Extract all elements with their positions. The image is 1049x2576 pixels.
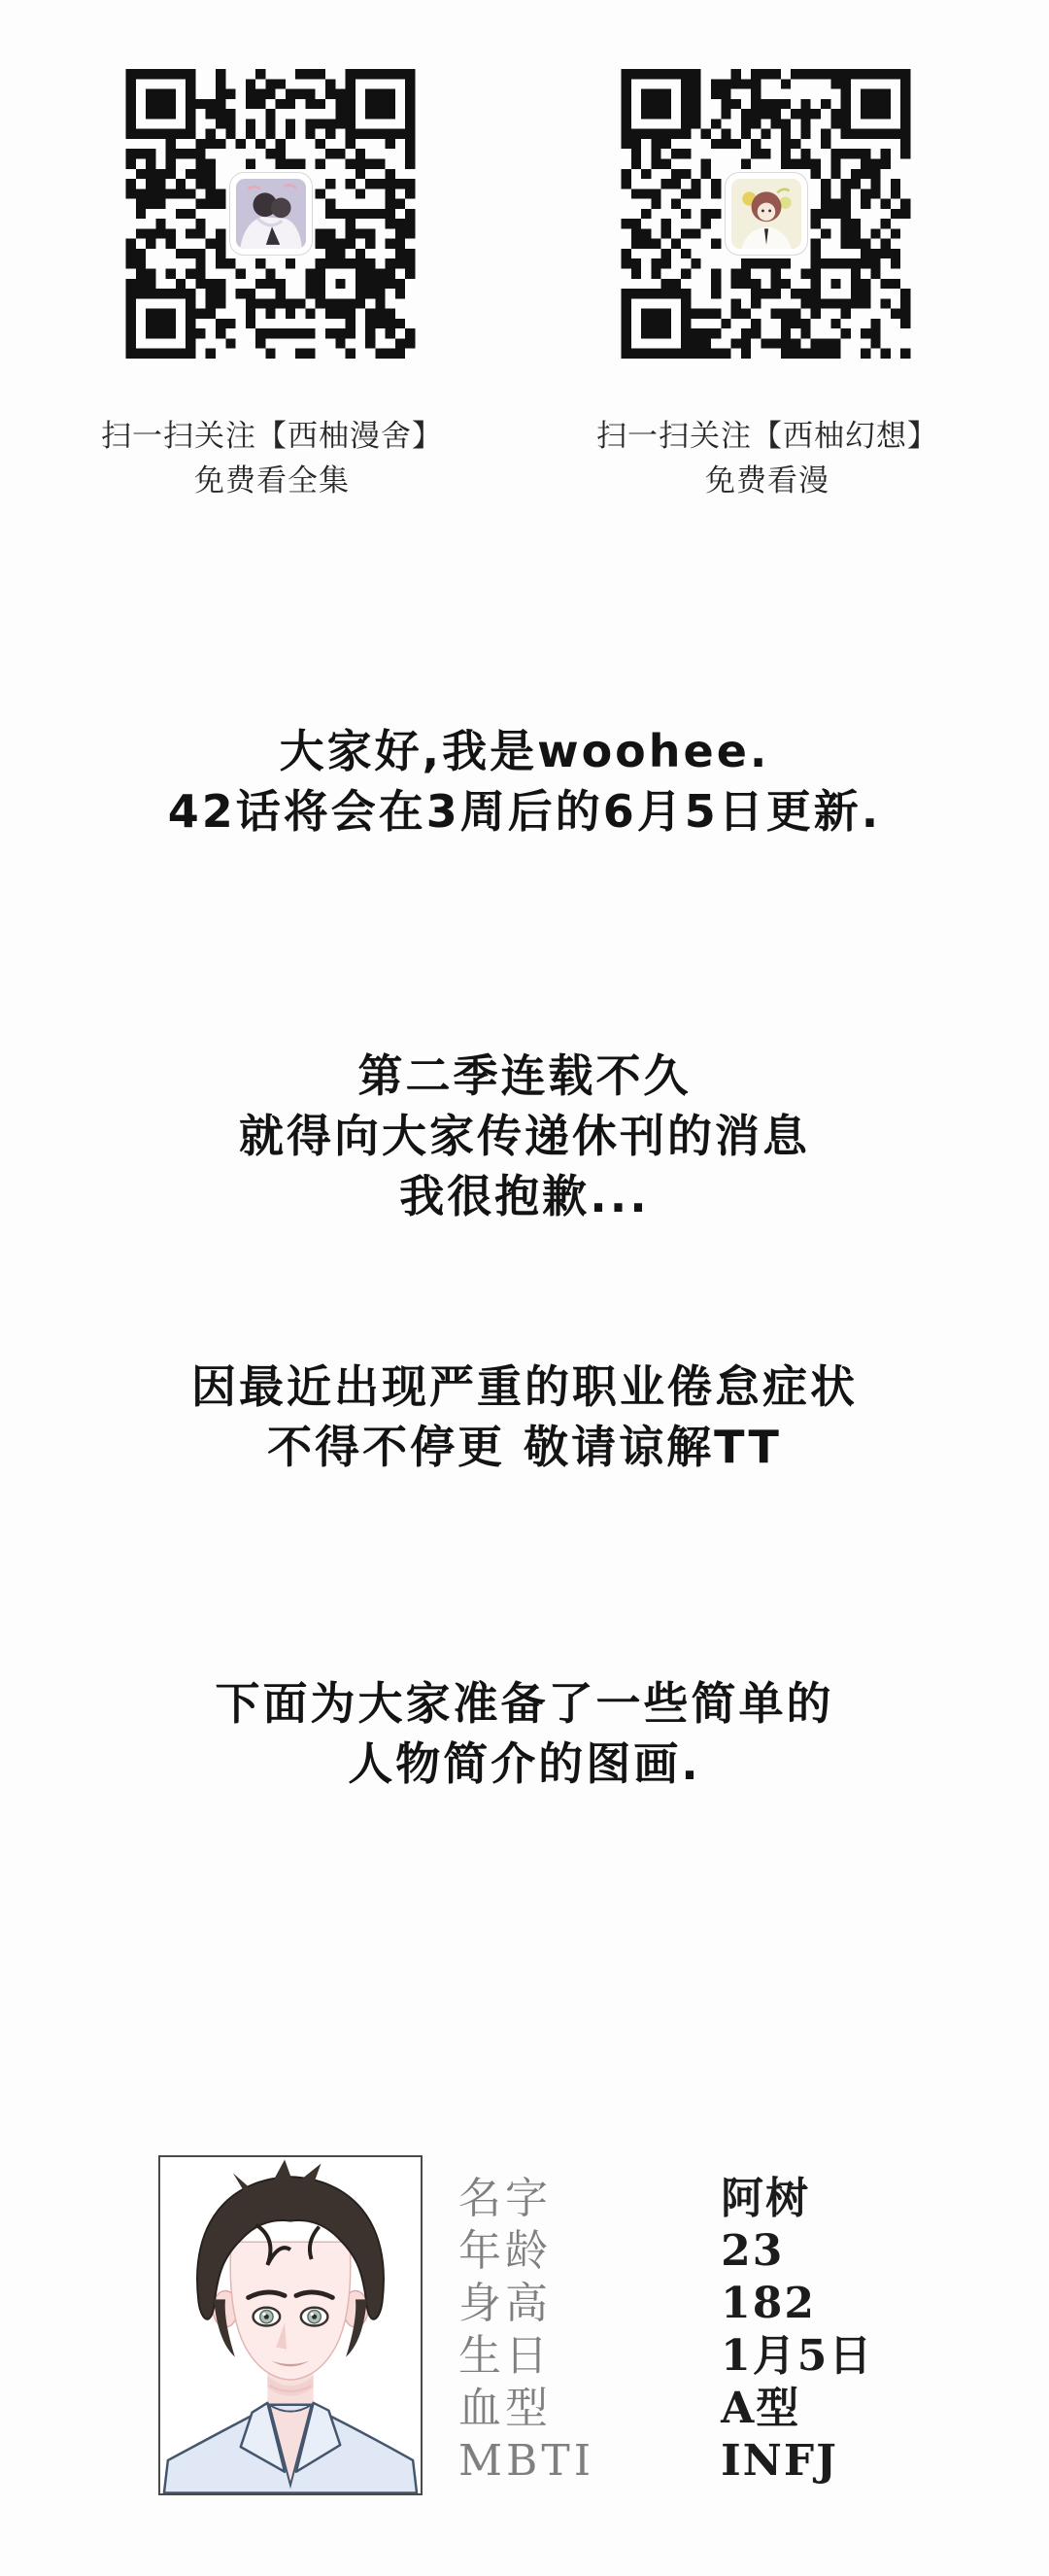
profile-row: 年龄 23 xyxy=(458,2225,873,2278)
character-portrait-illustration xyxy=(160,2157,421,2493)
profile-row: 血型 A型 xyxy=(458,2383,873,2435)
character-profile-table: 名字 阿树 年龄 23 身高 182 生日 1月5日 血型 A型 MBTI IN… xyxy=(458,2173,873,2488)
profile-label: 身高 xyxy=(458,2278,716,2330)
qr2-caption: 扫一扫关注【西柚幻想】 免费看漫 xyxy=(554,414,981,503)
profile-label: 生日 xyxy=(458,2330,716,2383)
profile-label: 名字 xyxy=(458,2173,716,2225)
qr1-caption-line2: 免费看全集 xyxy=(58,459,486,503)
author-message-2: 第二季连载不久 就得向大家传递休刊的消息 我很抱歉... xyxy=(0,1046,1049,1226)
announcement-page: { "qr_section": { "qr1": { "caption_line… xyxy=(0,0,1049,2576)
message-line: 第二季连载不久 xyxy=(0,1046,1049,1106)
character-avatar-icon xyxy=(731,179,801,249)
author-message-4: 下面为大家准备了一些简单的 人物简介的图画. xyxy=(0,1673,1049,1794)
message-line: 就得向大家传递休刊的消息 xyxy=(0,1106,1049,1166)
profile-label: 年龄 xyxy=(458,2225,716,2278)
qr2-avatar xyxy=(726,173,807,255)
profile-value: 23 xyxy=(721,2226,784,2276)
qr1-avatar xyxy=(230,173,312,255)
author-message-3: 因最近出现严重的职业倦怠症状 不得不停更 敬请谅解TT xyxy=(0,1357,1049,1477)
message-line: 42话将会在3周后的6月5日更新. xyxy=(0,781,1049,841)
profile-row: 身高 182 xyxy=(458,2278,873,2330)
profile-value: 阿树 xyxy=(721,2174,810,2223)
qr-code-block-1 xyxy=(123,69,418,359)
message-line: 我很抱歉... xyxy=(0,1166,1049,1226)
profile-label: MBTI xyxy=(458,2435,716,2488)
qr2-caption-line2: 免费看漫 xyxy=(554,459,981,503)
message-line: 下面为大家准备了一些简单的 xyxy=(0,1673,1049,1734)
author-message-1: 大家好,我是woohee. 42话将会在3周后的6月5日更新. xyxy=(0,721,1049,841)
couple-avatar-icon xyxy=(236,179,306,249)
profile-label: 血型 xyxy=(458,2383,716,2435)
message-line: 人物简介的图画. xyxy=(0,1734,1049,1794)
profile-value: 1月5日 xyxy=(721,2331,873,2381)
character-portrait-frame xyxy=(158,2155,423,2495)
profile-row: MBTI INFJ xyxy=(458,2435,873,2488)
message-line: 大家好,我是woohee. xyxy=(0,721,1049,781)
message-line: 不得不停更 敬请谅解TT xyxy=(0,1417,1049,1477)
profile-row: 生日 1月5日 xyxy=(458,2330,873,2383)
qr-code-block-2 xyxy=(619,69,913,359)
qr2-caption-line1: 扫一扫关注【西柚幻想】 xyxy=(554,414,981,459)
qr1-caption-line1: 扫一扫关注【西柚漫舍】 xyxy=(58,414,486,459)
profile-row: 名字 阿树 xyxy=(458,2173,873,2225)
qr1-caption: 扫一扫关注【西柚漫舍】 免费看全集 xyxy=(58,414,486,503)
profile-value: 182 xyxy=(721,2279,816,2328)
profile-value: A型 xyxy=(721,2384,800,2433)
profile-value: INFJ xyxy=(721,2436,838,2486)
message-line: 因最近出现严重的职业倦怠症状 xyxy=(0,1357,1049,1417)
